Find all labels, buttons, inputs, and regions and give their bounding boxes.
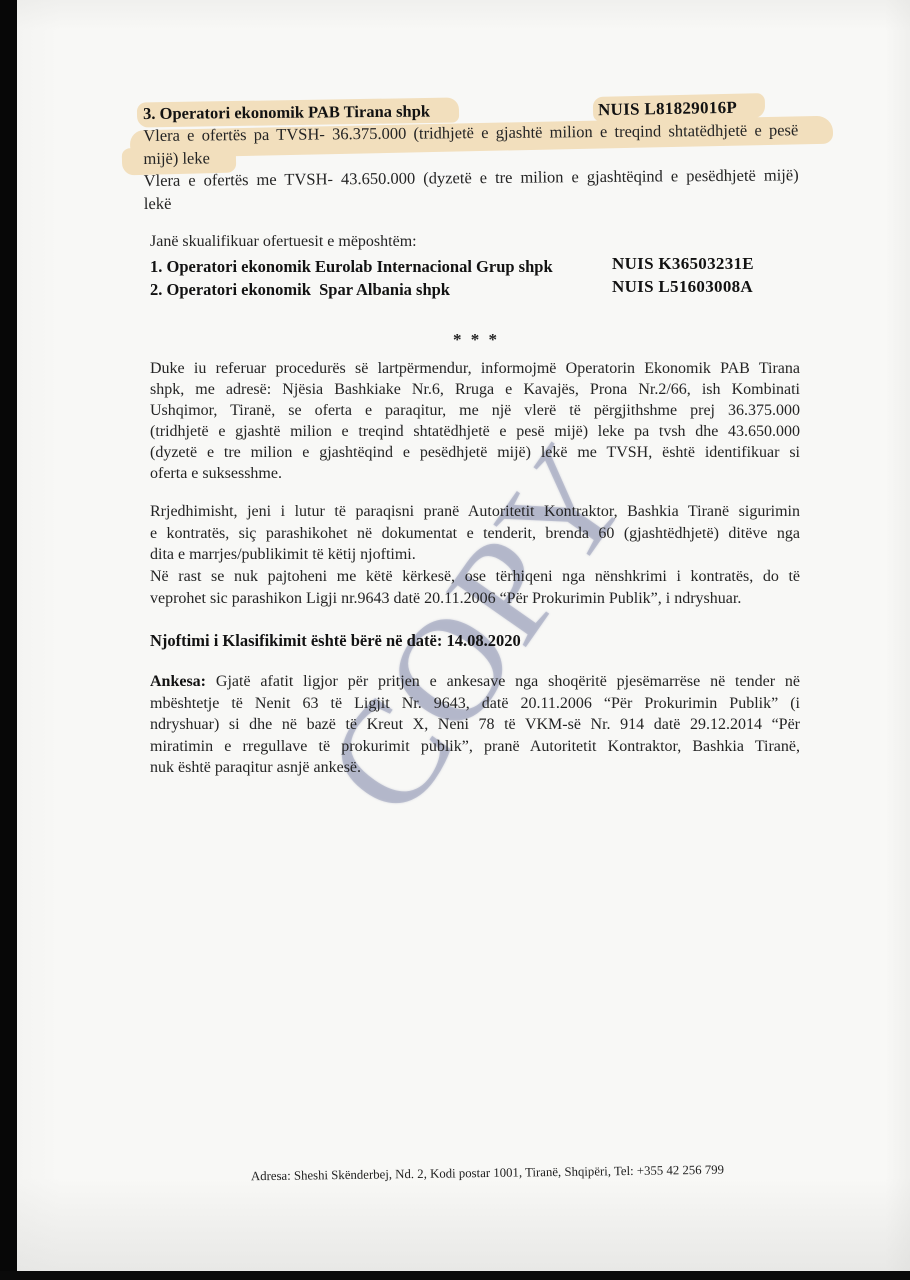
- disqualified-nuis-1: NUIS K36503231E: [612, 252, 754, 275]
- operator-3-nuis: NUIS L81829016P: [598, 98, 737, 120]
- ankesa-line-1: Gjatë afatit ligjor për pritjen e ankesa…: [216, 673, 800, 690]
- paragraph-line: e kontratës, siç parashikohet në dokumen…: [150, 523, 800, 545]
- scan-edge-left: [0, 0, 17, 1280]
- paragraph-line: veprohet sic parashikon Ligji nr.9643 da…: [150, 588, 800, 610]
- paragraph-line: (tridhjetë e gjashtë milion e treqind sh…: [150, 422, 800, 443]
- paragraph-line: ndryshuar) si dhe në bazë të Kreut X, Ne…: [150, 714, 800, 736]
- disqualified-item-1: 1. Operatori ekonomik Eurolab Internacio…: [150, 255, 553, 278]
- paragraph-line: shpk, me adresë: Njësia Bashkiake Nr.6, …: [150, 380, 800, 401]
- paragraph-line: dita e marrjes/publikimit të këtij njoft…: [150, 544, 800, 566]
- paragraph-noncompliance-warning: Në rast se nuk pajtoheni me këtë kërkesë…: [150, 566, 800, 610]
- classification-notice-date: Njoftimi i Klasifikimit është bërë në da…: [150, 631, 521, 651]
- disqualified-list: 1. Operatori ekonomik Eurolab Internacio…: [150, 255, 553, 302]
- paragraph-line: Duke iu referuar procedurës së lartpërme…: [150, 359, 800, 380]
- paragraph-line: Në rast se nuk pajtoheni me këtë kërkesë…: [150, 566, 800, 588]
- paragraph-line: miratimin e rregullave të prokurimit pub…: [150, 736, 800, 758]
- disqualified-item-2: 2. Operatori ekonomik Spar Albania shpk: [150, 278, 553, 301]
- paragraph-line: Ankesa: Gjatë afatit ligjor për pritjen …: [150, 671, 800, 693]
- paragraph-contract-security: Rrjedhimisht, jeni i lutur të paraqisni …: [150, 501, 800, 566]
- scan-edge-bottom: [0, 1271, 910, 1280]
- ankesa-label: Ankesa:: [150, 673, 206, 690]
- paragraph-award-details: Duke iu referuar procedurës së lartpërme…: [150, 359, 800, 484]
- paragraph-line: (dyzetë e tre milion e gjashtëqind e pes…: [150, 443, 800, 464]
- section-separator-asterisks: * * *: [150, 330, 800, 350]
- paragraph-line: oferta e suksesshme.: [150, 464, 800, 485]
- paragraph-line: mbështetje të Nenit 63 të Ligjit Nr. 964…: [150, 693, 800, 715]
- footer-address: Adresa: Sheshi Skënderbej, Nd. 2, Kodi p…: [65, 1160, 910, 1187]
- paragraph-line: Ushqimor, Tiranë, se oferta e paraqitur,…: [150, 401, 800, 422]
- paragraph-appeals: Ankesa: Gjatë afatit ligjor për pritjen …: [150, 671, 800, 779]
- paragraph-line: nuk është paraqitur asnjë ankesë.: [150, 757, 800, 779]
- disqualified-nuis-column: NUIS K36503231E NUIS L51603008A: [612, 252, 754, 299]
- disqualified-heading: Janë skualifikuar ofertuesit e mëposhtëm…: [150, 233, 417, 251]
- paragraph-line: Rrjedhimisht, jeni i lutur të paraqisni …: [150, 501, 800, 523]
- disqualified-nuis-2: NUIS L51603008A: [612, 275, 754, 298]
- scanned-document-page: COPY 3. Operatori ekonomik PAB Tirana sh…: [0, 0, 910, 1280]
